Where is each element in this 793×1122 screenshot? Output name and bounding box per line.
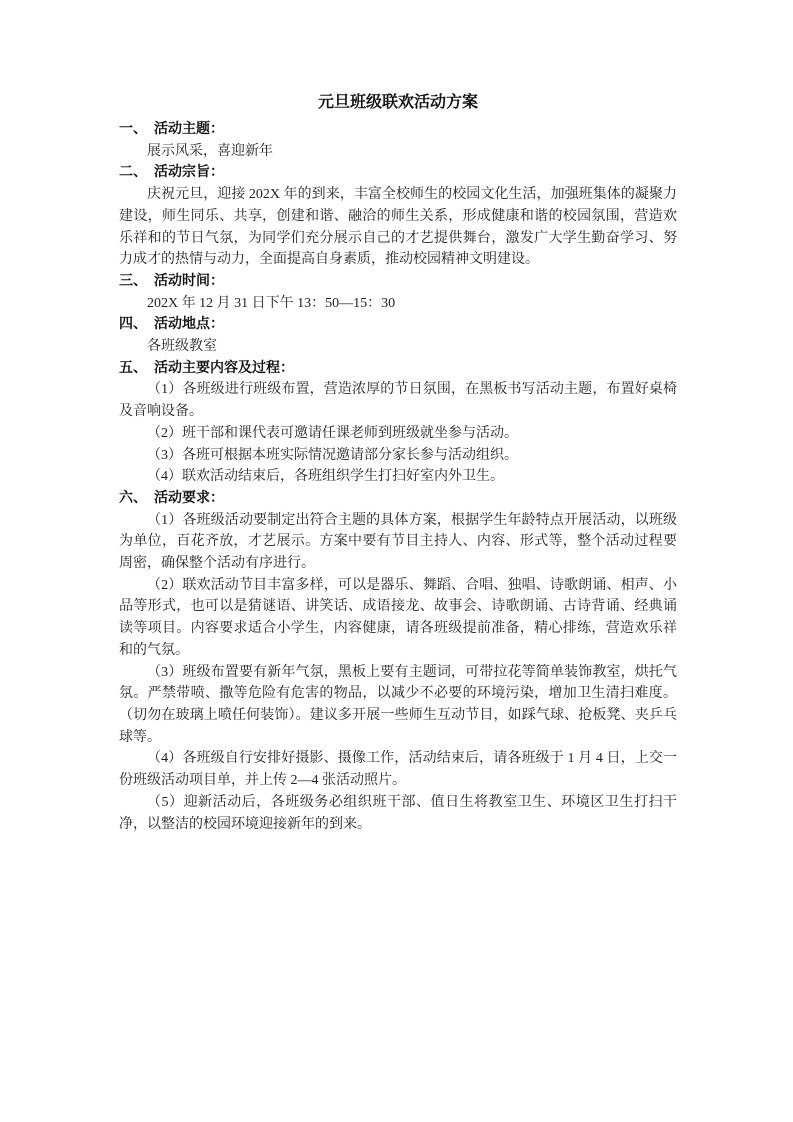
section-5-item-1: （1）各班级进行班级布置，营造浓厚的节日氛围，在黑板书写活动主题，布置好桌椅及音… [119,379,677,422]
section-heading-5: 五、活动主要内容及过程： [119,358,677,380]
section-heading-2: 二、活动宗旨： [119,162,677,184]
section-6-item-1: （1）各班级活动要制定出符合主题的具体方案，根据学生年龄特点开展活动，以班级为单… [119,510,677,575]
section-heading-1: 一、活动主题： [119,119,677,141]
section-heading-text: 活动主要内容及过程： [154,361,294,376]
section-heading-text: 活动地点： [154,317,224,332]
section-number: 四、 [119,317,147,332]
section-5-item-3: （3）各班可根据本班实际情况邀请部分家长参与活动组织。 [119,445,677,467]
section-number: 六、 [119,491,147,506]
section-number: 二、 [119,165,147,180]
section-heading-4: 四、活动地点： [119,314,677,336]
section-heading-6: 六、活动要求： [119,488,677,510]
section-heading-text: 活动时间： [154,274,224,289]
section-5-item-2: （2）班干部和课代表可邀请任课老师到班级就坐参与活动。 [119,423,677,445]
section-4-paragraph: 各班级教室 [119,336,677,358]
document-page: 元旦班级联欢活动方案 一、活动主题： 展示风采，喜迎新年 二、活动宗旨： 庆祝元… [0,0,793,1122]
section-heading-text: 活动主题： [154,122,224,137]
section-number: 三、 [119,274,147,289]
section-2-paragraph: 庆祝元旦，迎接 202X 年的到来，丰富全校师生的校园文化生活，加强班集体的凝聚… [119,184,677,271]
section-3-paragraph: 202X 年 12 月 31 日下午 13：50—15：30 [119,293,677,315]
section-number: 五、 [119,361,147,376]
section-number: 一、 [119,122,147,137]
section-6-item-5: （5）迎新活动后，各班级务必组织班干部、值日生将教室卫生、环境区卫生打扫干净，以… [119,792,677,835]
document-content: 元旦班级联欢活动方案 一、活动主题： 展示风采，喜迎新年 二、活动宗旨： 庆祝元… [119,92,677,835]
section-heading-3: 三、活动时间： [119,271,677,293]
section-6-item-2: （2）联欢活动节目丰富多样，可以是器乐、舞蹈、合唱、独唱、诗歌朗诵、相声、小品等… [119,575,677,662]
section-6-item-4: （4）各班级自行安排好摄影、摄像工作，活动结束后，请各班级于 1 月 4 日，上… [119,748,677,791]
section-heading-text: 活动要求： [154,491,224,506]
document-title: 元旦班级联欢活动方案 [119,92,677,114]
section-1-paragraph: 展示风采，喜迎新年 [119,141,677,163]
section-5-item-4: （4）联欢活动结束后，各班组织学生打扫好室内外卫生。 [119,466,677,488]
section-6-item-3: （3）班级布置要有新年气氛，黑板上要有主题词，可带拉花等简单装饰教室，烘托气氛。… [119,662,677,749]
section-heading-text: 活动宗旨： [154,165,224,180]
